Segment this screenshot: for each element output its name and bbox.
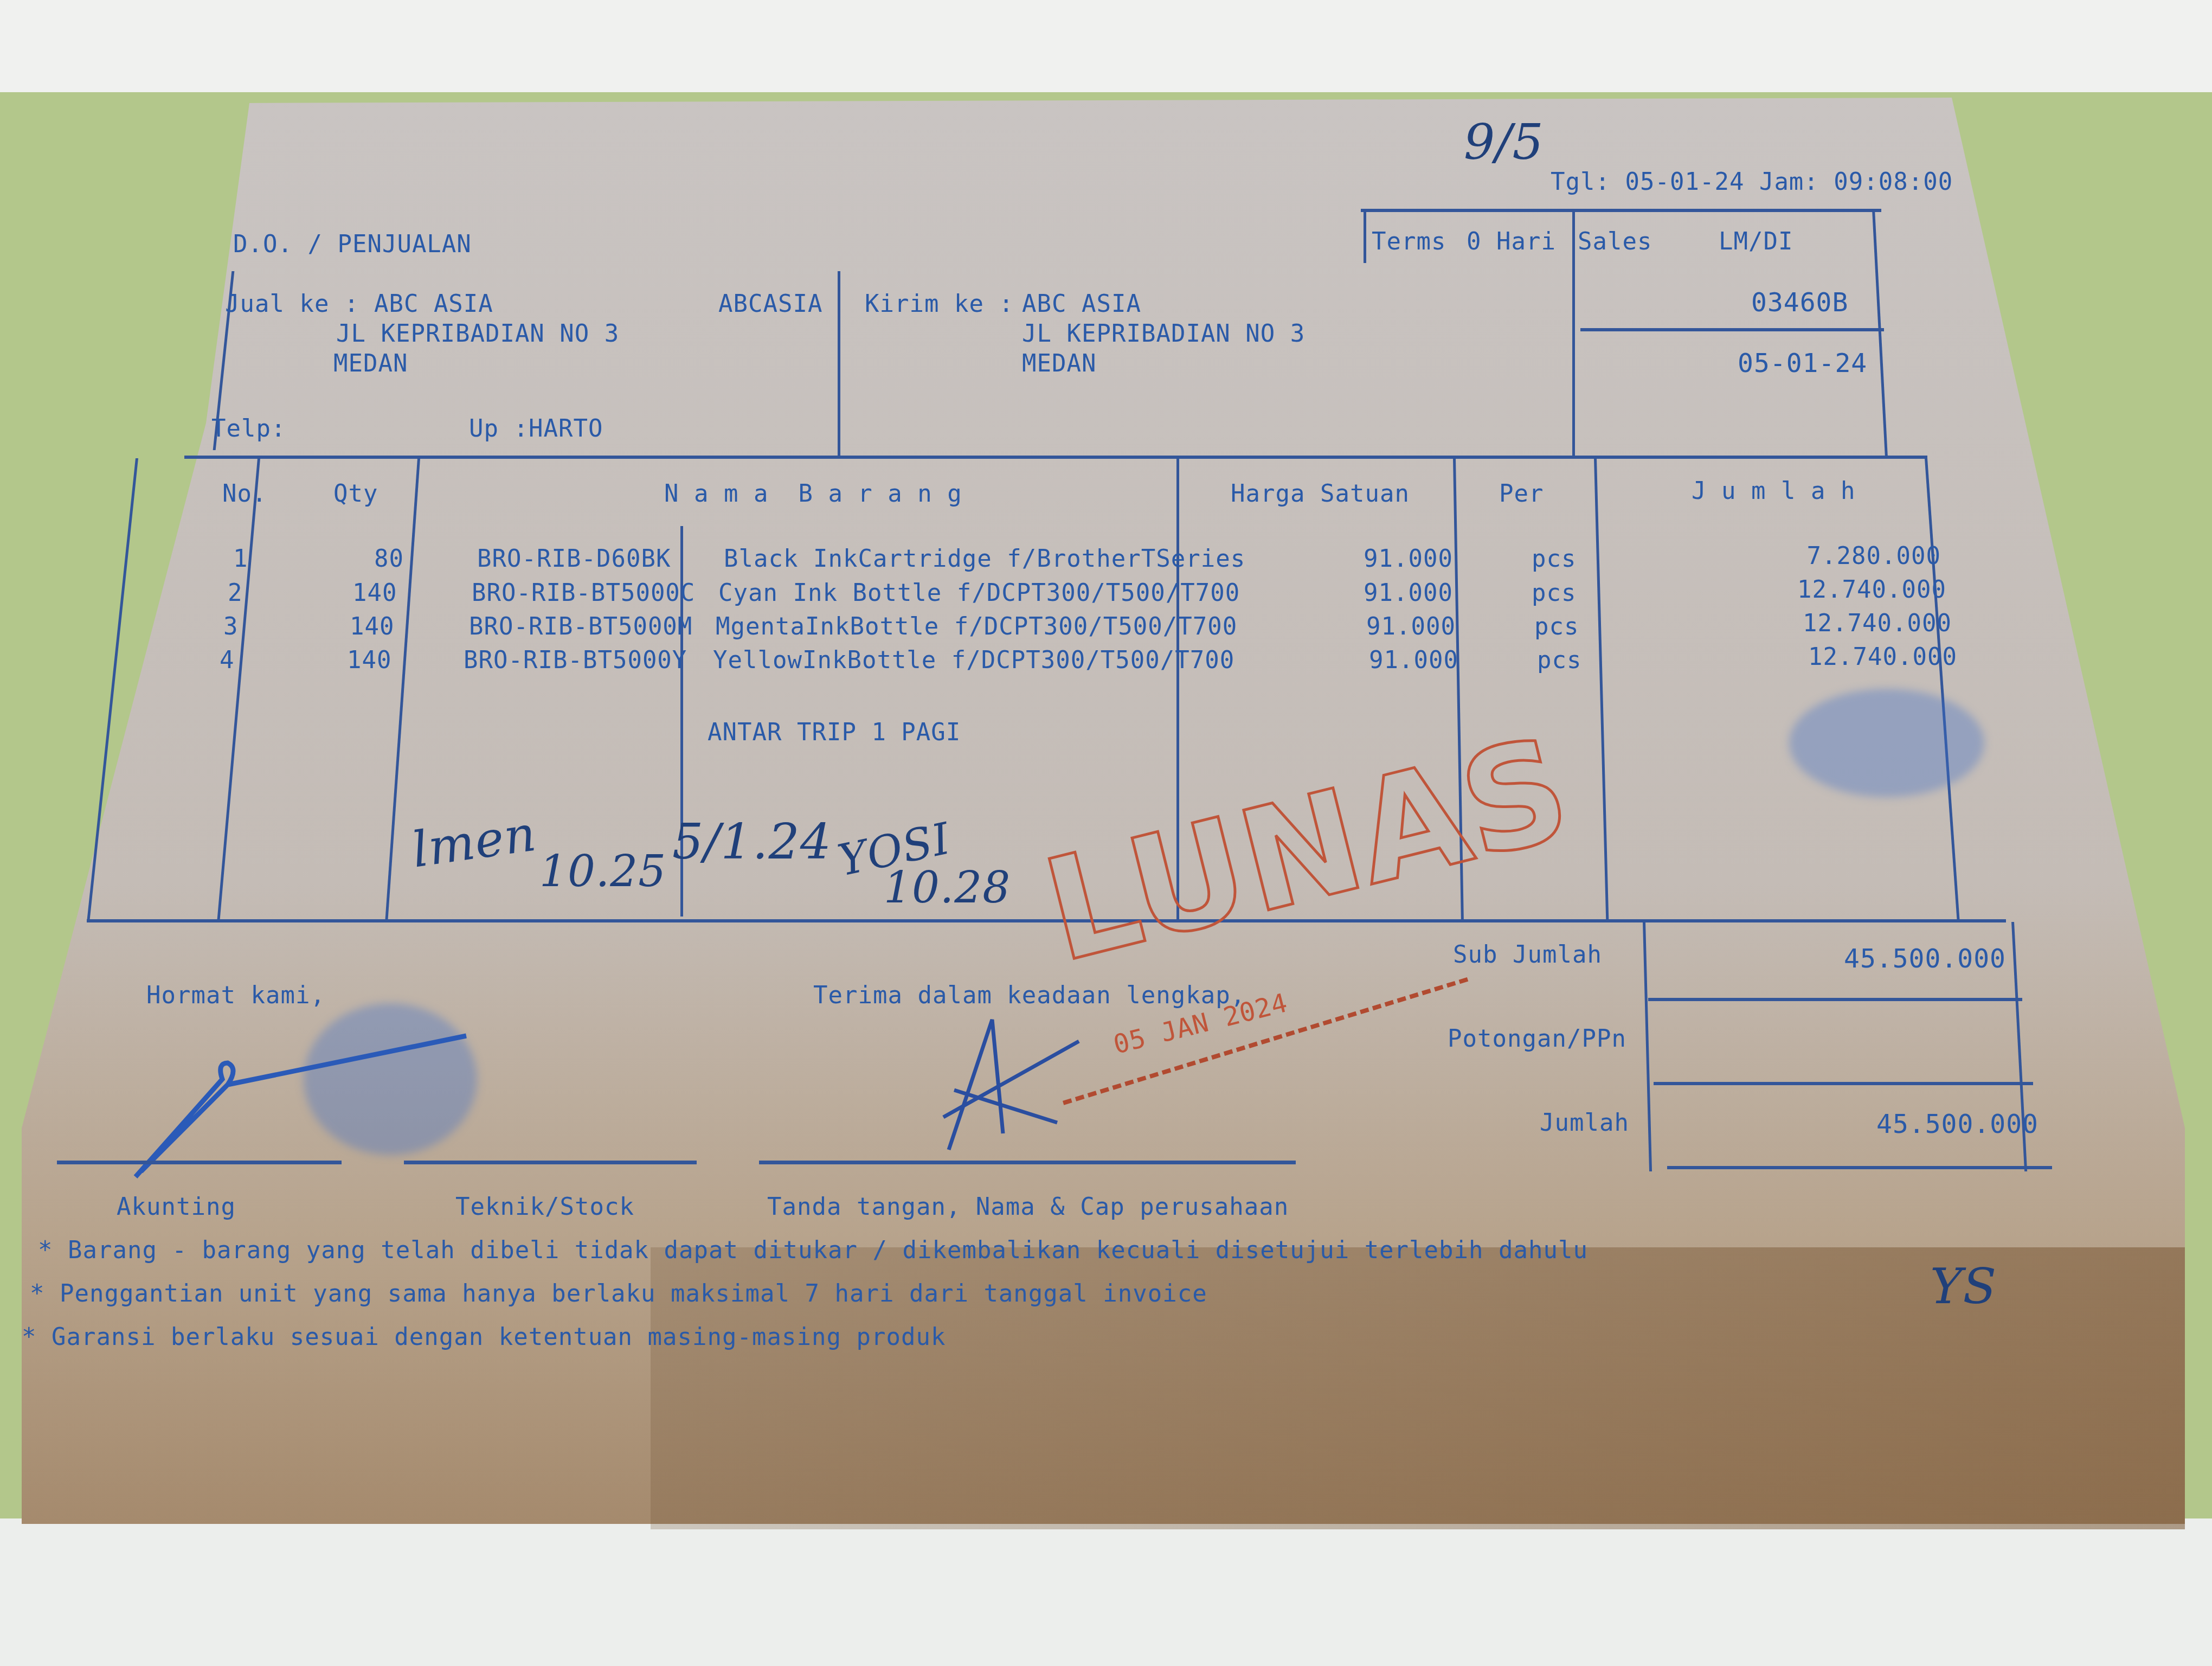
- row-price: 91.000: [1347, 613, 1456, 640]
- row-qty: 140: [352, 579, 397, 607]
- delivery-note: ANTAR TRIP 1 PAGI: [708, 719, 961, 746]
- handwritten-top-mark: 9/5: [1464, 114, 1544, 171]
- row-code: BRO-RIB-BT5000C: [472, 579, 695, 607]
- col-divider-no: [217, 458, 260, 919]
- handwritten-initials: YS: [1930, 1258, 1997, 1315]
- table-right-border: [1925, 458, 1959, 919]
- handwritten-date-note: 5/1.24: [672, 813, 832, 870]
- table-top-border: [184, 456, 1927, 459]
- stock-label: Teknik/Stock: [455, 1193, 634, 1221]
- row-no: 4: [220, 646, 235, 674]
- row-price: 91.000: [1345, 579, 1453, 607]
- sales-box-divider: [1580, 328, 1884, 331]
- date-value: 05-01-24: [1625, 168, 1744, 196]
- terms-label: Terms: [1372, 228, 1446, 255]
- sold-to-line: Jual ke : ABC ASIA: [225, 290, 493, 318]
- footer-note: * Barang - barang yang telah dibeli tida…: [38, 1236, 1588, 1264]
- delivery-order-document: 9/5 Tgl: 05-01-24 Jam: 09:08:00 D.O. / P…: [0, 0, 2212, 1666]
- table-bottom-border: [87, 919, 2006, 922]
- time-value: 09:08:00: [1834, 168, 1953, 196]
- row-qty: 80: [374, 545, 404, 573]
- received-text: Terima dalam keadaan lengkap,: [813, 982, 1245, 1009]
- sold-to-name: ABC ASIA: [374, 290, 493, 318]
- row-unit: pcs: [1537, 646, 1581, 674]
- date-label: Tgl:: [1551, 168, 1610, 196]
- totals-divider-2: [1654, 1082, 2033, 1085]
- subtotal-value: 45.500.000: [1789, 944, 2006, 974]
- footer-note: * Penggantian unit yang sama hanya berla…: [30, 1280, 1207, 1308]
- total-value: 45.500.000: [1805, 1109, 2039, 1139]
- row-price: 91.000: [1350, 646, 1458, 674]
- terms-value: 0 Hari: [1467, 228, 1556, 255]
- row-code: BRO-RIB-BT5000M: [469, 613, 692, 640]
- row-no: 2: [228, 579, 243, 607]
- row-name: YellowInkBottle f/DCPT300/T500/T700: [713, 646, 1234, 674]
- header-no: No.: [222, 480, 267, 508]
- phone-label: Telp:: [211, 415, 286, 443]
- terms-box-left: [1364, 209, 1366, 263]
- date-time-line: Tgl: 05-01-24 Jam: 09:08:00: [1551, 168, 1953, 196]
- discount-label: Potongan/PPn: [1448, 1025, 1626, 1053]
- handwritten-time-2: 10.28: [884, 862, 1011, 913]
- ship-to-city: MEDAN: [1022, 350, 1096, 377]
- sold-to-address: JL KEPRIBADIAN NO 3: [336, 320, 619, 348]
- row-qty: 140: [350, 613, 394, 640]
- row-code: BRO-RIB-D60BK: [477, 545, 671, 573]
- col-divider-unit: [1594, 458, 1609, 919]
- header-box-top: [1361, 209, 1881, 212]
- row-qty: 140: [347, 646, 391, 674]
- signature-line-stock: [404, 1161, 697, 1164]
- sold-to-label: Jual ke :: [225, 290, 359, 318]
- address-box-divider: [838, 271, 840, 456]
- row-amount: 12.740.000: [1759, 643, 1957, 671]
- signature-receiver: [938, 1009, 1101, 1161]
- attention-name: HARTO: [529, 415, 603, 443]
- ink-smudge: [1789, 689, 1984, 797]
- signature-accounting: [119, 1020, 499, 1182]
- header-price: Harga Satuan: [1231, 480, 1410, 508]
- attention-line: Up :HARTO: [469, 415, 603, 443]
- company-sign-label: Tanda tangan, Nama & Cap perusahaan: [767, 1193, 1289, 1221]
- row-name: MgentaInkBottle f/DCPT300/T500/T700: [716, 613, 1237, 640]
- row-amount: 7.280.000: [1751, 542, 1941, 570]
- document-date: 05-01-24: [1738, 348, 1867, 379]
- time-label: Jam:: [1759, 168, 1819, 196]
- table-left-border: [87, 458, 138, 919]
- sales-value: LM/DI: [1719, 228, 1793, 255]
- sales-label: Sales: [1578, 228, 1652, 255]
- ship-to-label: Kirim ke :: [865, 290, 1014, 318]
- row-amount: 12.740.000: [1754, 610, 1952, 637]
- document-title: D.O. / PENJUALAN: [233, 230, 472, 258]
- sales-box-right: [1872, 209, 1888, 458]
- attention-label: Up :: [469, 415, 529, 443]
- totals-box-left: [1643, 922, 1652, 1171]
- handwritten-time-1: 10.25: [539, 846, 666, 896]
- header-qty: Qty: [333, 480, 378, 508]
- row-code: BRO-RIB-BT5000Y: [464, 646, 687, 674]
- sales-box-left: [1572, 209, 1575, 458]
- row-name: Cyan Ink Bottle f/DCPT300/T500/T700: [718, 579, 1240, 607]
- row-price: 91.000: [1345, 545, 1453, 573]
- footer-note: * Garansi berlaku sesuai dengan ketentua…: [22, 1323, 946, 1351]
- total-label: Jumlah: [1540, 1109, 1629, 1137]
- ship-to-address: JL KEPRIBADIAN NO 3: [1022, 320, 1305, 348]
- header-item: N a m a B a r a n g: [664, 480, 962, 508]
- signature-line-company: [759, 1161, 1296, 1164]
- handwritten-signature-1: lmen: [409, 805, 540, 879]
- totals-box-bottom: [1667, 1166, 2052, 1169]
- document-number: 03460B: [1751, 287, 1848, 318]
- signature-line-accounting: [57, 1161, 342, 1164]
- regards-text: Hormat kami,: [146, 982, 325, 1009]
- row-no: 1: [233, 545, 248, 573]
- customer-code: ABCASIA: [718, 290, 822, 318]
- sold-to-city: MEDAN: [333, 350, 408, 377]
- row-unit: pcs: [1532, 579, 1576, 607]
- row-unit: pcs: [1532, 545, 1576, 573]
- ship-to-name: ABC ASIA: [1022, 290, 1141, 318]
- subtotal-label: Sub Jumlah: [1453, 941, 1602, 969]
- accounting-label: Akunting: [117, 1193, 236, 1221]
- header-unit: Per: [1499, 480, 1544, 508]
- row-name: Black InkCartridge f/BrotherTSeries: [724, 545, 1245, 573]
- totals-divider-1: [1648, 998, 2022, 1001]
- header-amount: J u m l a h: [1692, 477, 1855, 505]
- row-unit: pcs: [1534, 613, 1579, 640]
- row-amount: 12.740.000: [1751, 576, 1946, 604]
- row-no: 3: [223, 613, 239, 640]
